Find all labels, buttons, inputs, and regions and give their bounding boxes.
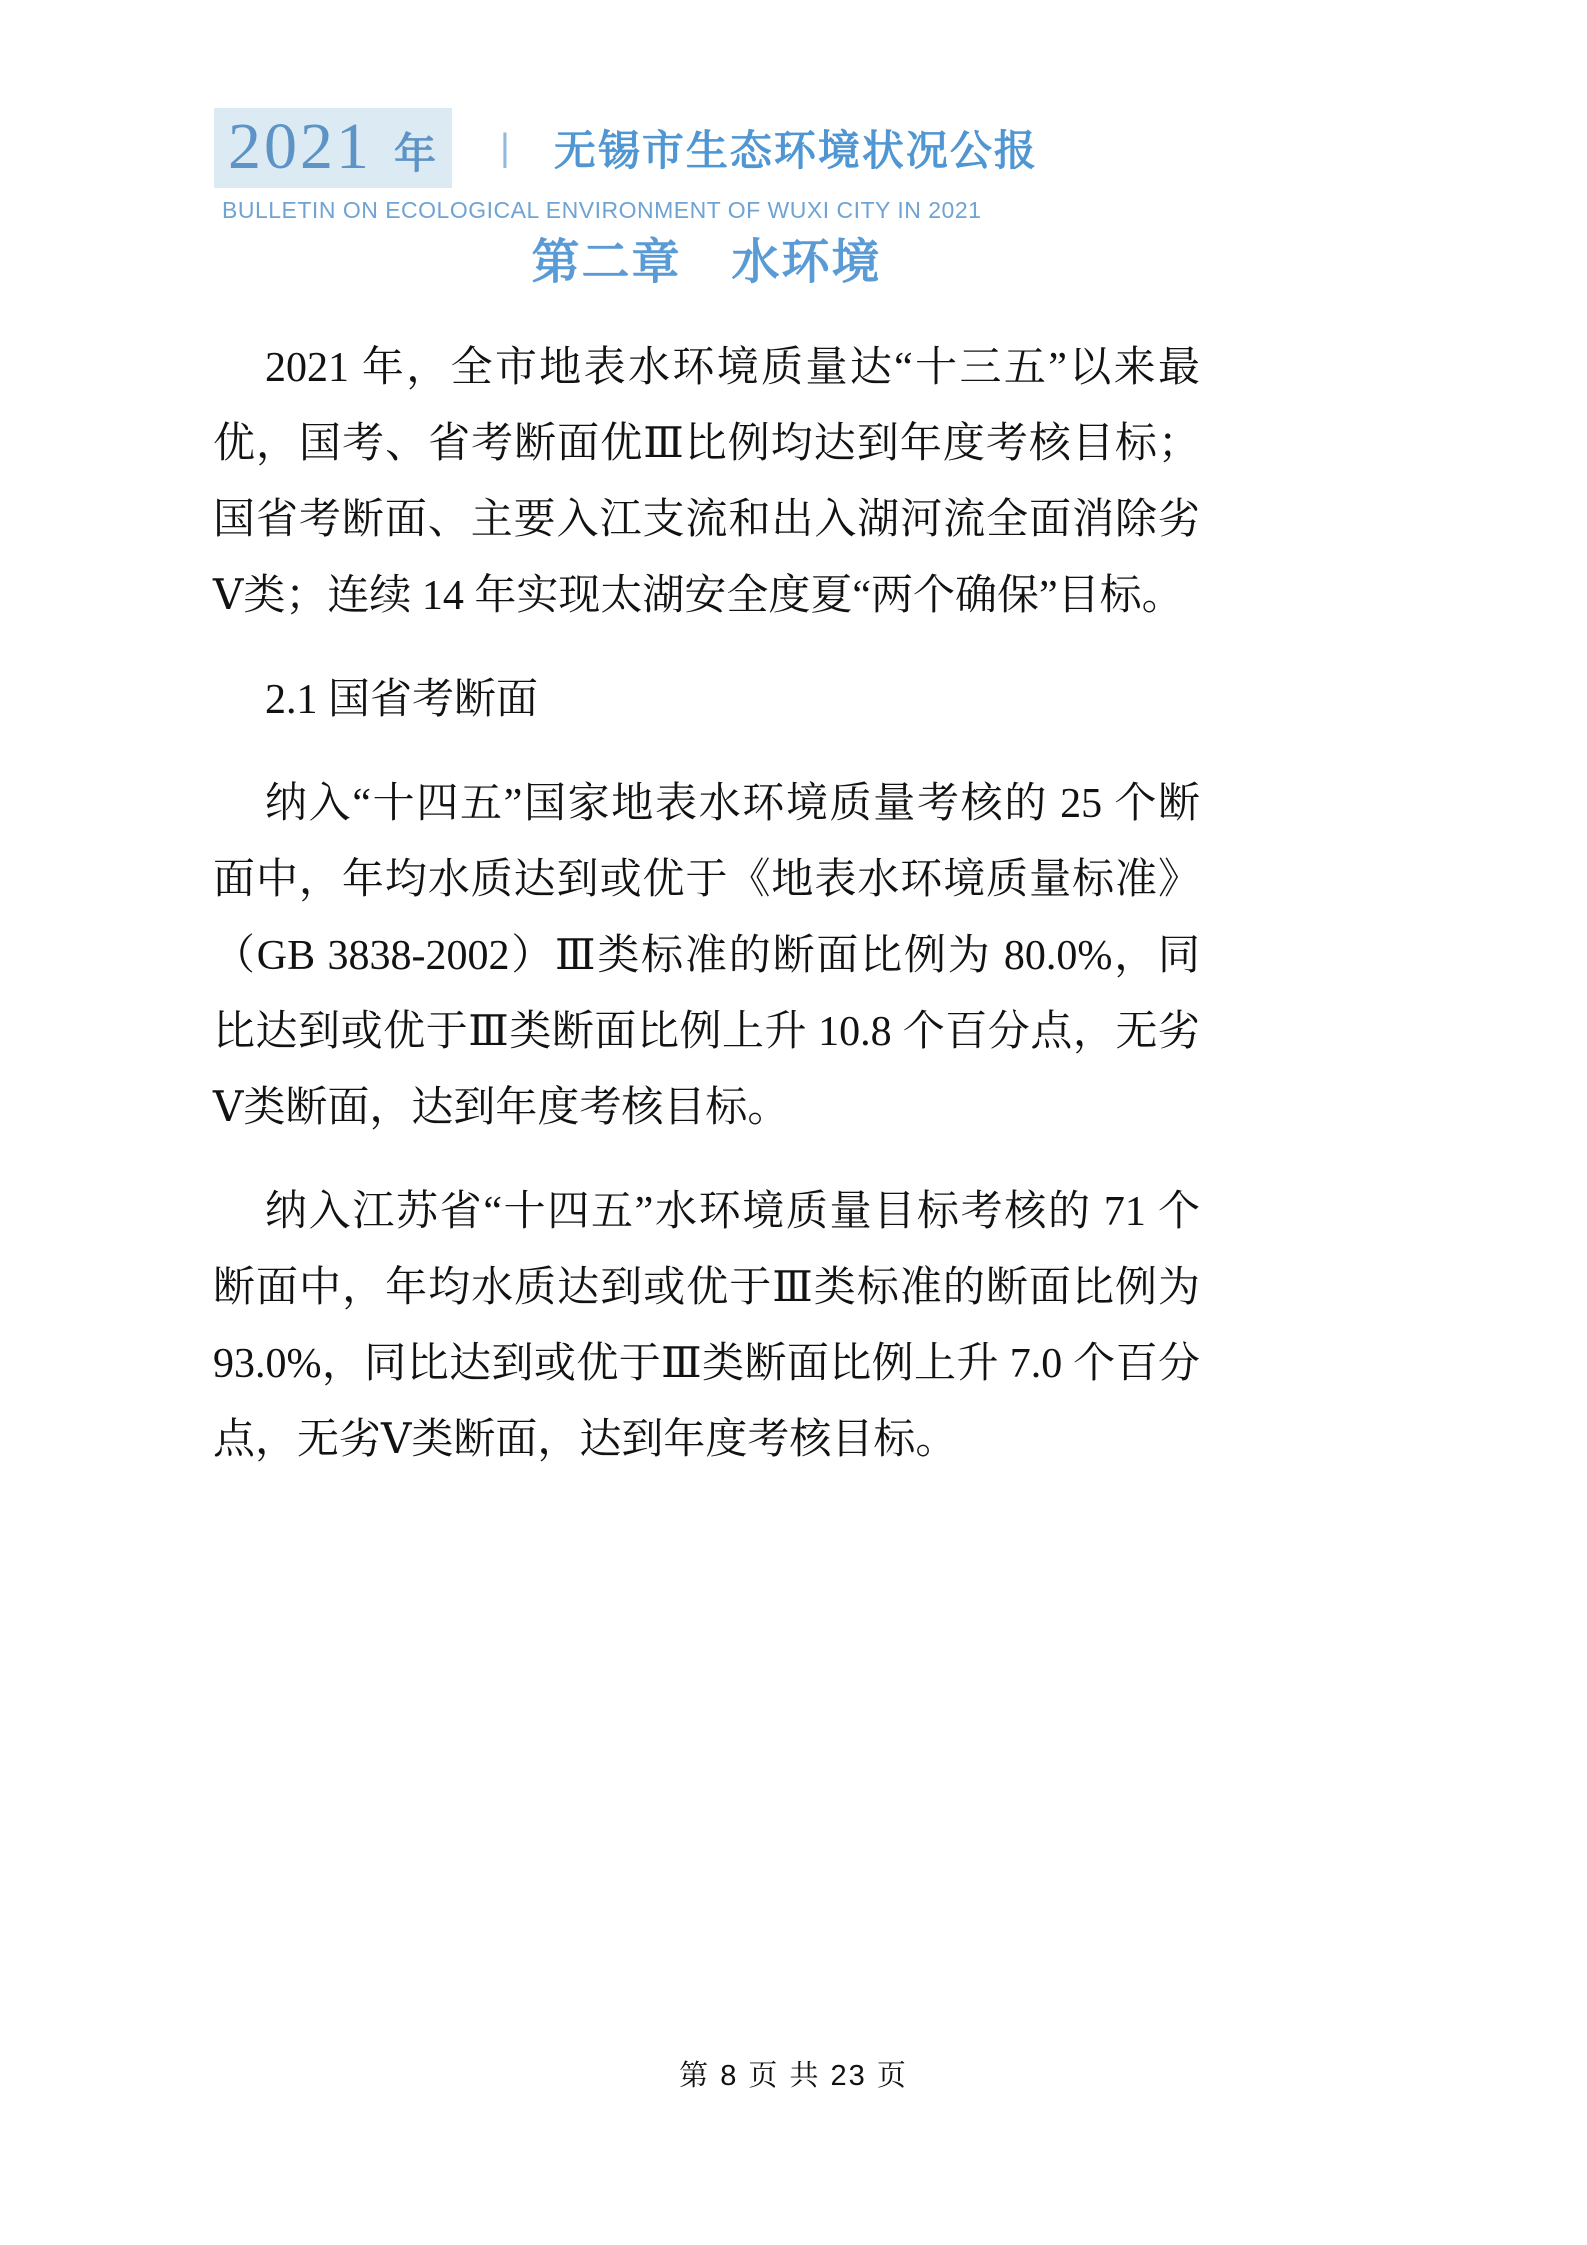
header-title-cn: 无锡市生态环境状况公报: [554, 118, 1038, 178]
document-page: 2021 年 | 无锡市生态环境状况公报 BULLETIN ON ECOLOGI…: [0, 0, 1587, 2245]
paragraph-national-sections: 纳入“十四五”国家地表水环境质量考核的 25 个断面中，年均水质达到或优于《地表…: [213, 766, 1200, 1146]
section-heading: 2.1 国省考断面: [213, 662, 1200, 738]
year-badge: 2021 年: [214, 108, 452, 188]
header-row: 2021 年 | 无锡市生态环境状况公报: [214, 108, 1038, 188]
page-footer: 第 8 页 共 23 页: [0, 2056, 1587, 2096]
year-suffix: 年: [394, 134, 436, 176]
document-body: 2021 年，全市地表水环境质量达“十三五”以来最优，国考、省考断面优Ⅲ比例均达…: [213, 330, 1200, 1506]
paragraph-provincial-sections: 纳入江苏省“十四五”水环境质量目标考核的 71 个断面中，年均水质达到或优于Ⅲ类…: [213, 1174, 1200, 1478]
page-header: 2021 年 | 无锡市生态环境状况公报 BULLETIN ON ECOLOGI…: [214, 108, 1038, 224]
year-text: 2021: [228, 118, 372, 176]
header-divider: |: [500, 127, 510, 170]
intro-paragraph: 2021 年，全市地表水环境质量达“十三五”以来最优，国考、省考断面优Ⅲ比例均达…: [213, 330, 1200, 634]
header-subtitle-en: BULLETIN ON ECOLOGICAL ENVIRONMENT OF WU…: [222, 197, 1038, 224]
chapter-title: 第二章 水环境: [213, 234, 1200, 292]
